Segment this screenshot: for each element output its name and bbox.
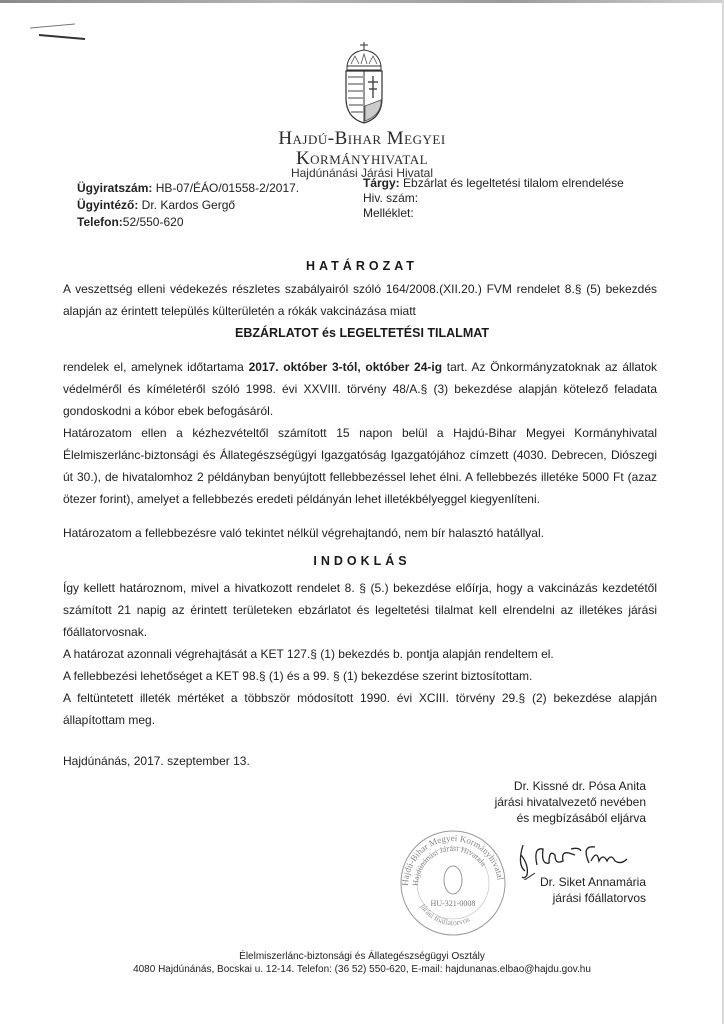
footer: Élelmiszerlánc-biztonsági és Állategészs… [0,950,724,976]
footer-contact: 4080 Hajdúnánás, Bocskai u. 12-14. Telef… [0,963,724,976]
case-officer: Ügyintéző: Dr. Kardos Gergő [77,197,299,214]
decision-order: rendelek el, amelynek időtartama 2017. o… [63,356,657,422]
reference-number: Hiv. szám: [363,191,624,206]
case-number: Ügyiratszám: HB-07/ÉÁO/01558-2/2017. [77,180,299,197]
reasoning-p2: A határozat azonnali végrehajtását a KET… [63,643,657,665]
reasoning-p4: A feltüntetett illeték mértéket a többsz… [63,687,657,731]
signer-name: Dr. Siket Annamária [540,874,646,890]
official-stamp: Hajdú-Bihar Megyei Kormányhivatal Hajdún… [398,828,508,938]
decision-intro: A veszettség elleni védekezés részletes … [63,278,657,322]
signature-block-signer: Dr. Siket Annamária járási főállatorvos [540,874,646,906]
coat-of-arms-icon [339,40,389,125]
org-name-line1: Hajdú-Bihar Megyei [0,128,724,149]
footer-department: Élelmiszerlánc-biztonsági és Állategészs… [0,950,724,963]
reasoning-p3: A fellebbezési lehetőséget a KET 98.§ (1… [63,665,657,687]
decision-title: HATÁROZAT [0,259,724,273]
signature-block-authority: Dr. Kissné dr. Pósa Anita járási hivatal… [495,778,646,826]
subject-info: Tárgy: Ebzárlat és legeltetési tilalom e… [363,176,624,221]
case-info: Ügyiratszám: HB-07/ÉÁO/01558-2/2017. Ügy… [77,180,299,231]
subject: Tárgy: Ebzárlat és legeltetési tilalom e… [363,176,624,191]
pen-mark [25,18,95,43]
appeal-paragraph: Határozatom ellen a kézhezvételtől számí… [63,422,657,510]
reasoning-p1: Így kellett határoznom, mivel a hivatkoz… [63,577,657,643]
scan-edge [0,0,724,3]
case-phone: Telefon:52/550-620 [77,214,299,231]
signer-title: járási főállatorvos [540,890,646,906]
reasoning-title: INDOKLÁS [0,554,724,568]
order-period: 2017. október 3-tól, október 24-ig [249,360,443,374]
decision-subtitle: EBZÁRLATOT és LEGELTETÉSI TILALMAT [0,326,724,340]
svg-text:HU-321-0008: HU-321-0008 [431,899,476,908]
enforcement-paragraph: Határozatom a fellebbezésre való tekinte… [63,522,657,544]
place-date: Hajdúnánás, 2017. szeptember 13. [63,750,657,772]
attachment: Melléklet: [363,206,624,221]
